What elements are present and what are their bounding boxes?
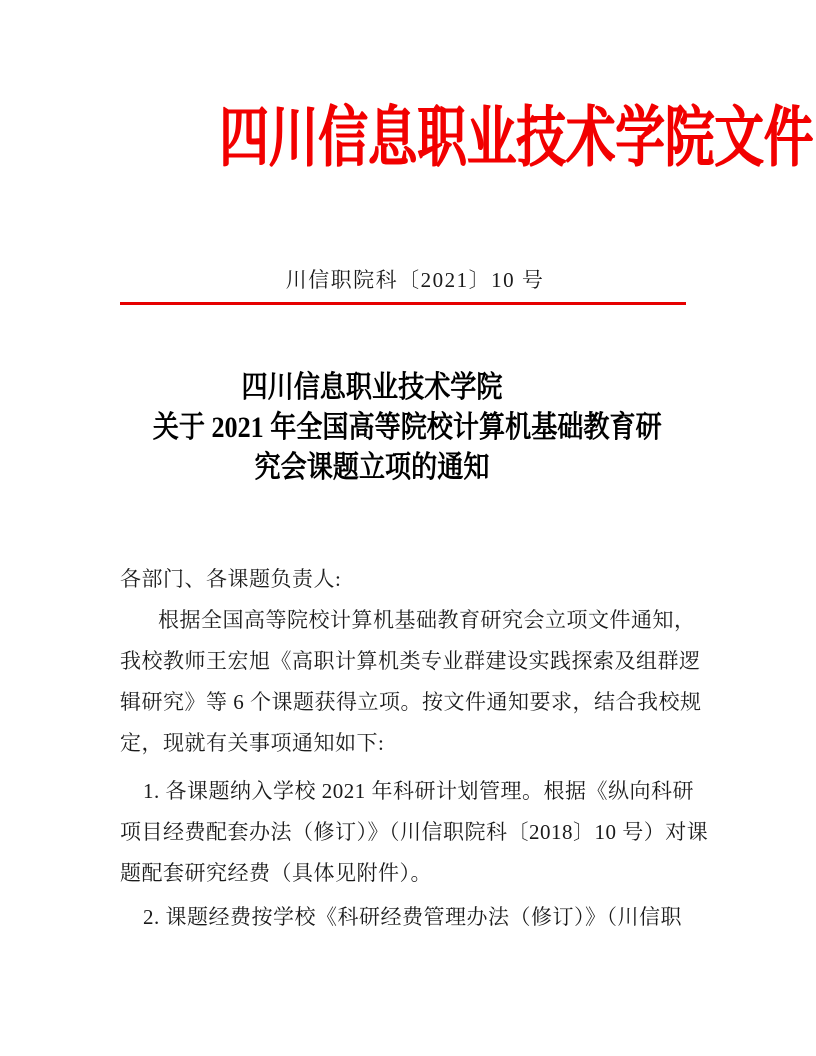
red-header-banner: 四川信息职业技术学院文件 bbox=[120, 104, 710, 184]
red-divider-line bbox=[120, 302, 686, 305]
document-number: 川信职院科〔2021〕10 号 bbox=[120, 267, 710, 293]
red-header-banner-text: 四川信息职业技术学院文件 bbox=[219, 104, 813, 174]
document-title-line-3: 究会课题立项的通知 bbox=[153, 448, 591, 488]
body-line-2: 根据全国高等院校计算机基础教育研究会立项文件通知， bbox=[120, 600, 710, 641]
body-line-5: 定，现就有关事项通知如下: bbox=[120, 723, 710, 764]
document-title-line-1: 四川信息职业技术学院 bbox=[153, 368, 591, 408]
document-body: 各部门、各课题负责人: 根据全国高等院校计算机基础教育研究会立项文件通知， 我校… bbox=[120, 559, 710, 938]
document-title: 四川信息职业技术学院 关于 2021 年全国高等院校计算机基础教育研 究会课题立… bbox=[153, 368, 591, 488]
document-page: 四川信息职业技术学院文件 川信职院科〔2021〕10 号 四川信息职业技术学院 … bbox=[0, 0, 816, 1056]
body-line-9-item-2: 2. 课题经费按学校《科研经费管理办法（修订）》（川信职 bbox=[120, 897, 710, 938]
body-line-8: 题配套研究经费（具体见附件）。 bbox=[120, 853, 710, 894]
body-line-6-item-1: 1. 各课题纳入学校 2021 年科研计划管理。根据《纵向科研 bbox=[120, 771, 710, 812]
body-line-7: 项目经费配套办法（修订）》（川信职院科〔2018〕10 号）对课 bbox=[120, 812, 710, 853]
body-line-3: 我校教师王宏旭《高职计算机类专业群建设实践探索及组群逻 bbox=[120, 641, 710, 682]
salutation-line: 各部门、各课题负责人: bbox=[120, 559, 710, 600]
body-line-4: 辑研究》等 6 个课题获得立项。按文件通知要求，结合我校规 bbox=[120, 682, 710, 723]
document-title-line-2: 关于 2021 年全国高等院校计算机基础教育研 bbox=[153, 408, 591, 448]
